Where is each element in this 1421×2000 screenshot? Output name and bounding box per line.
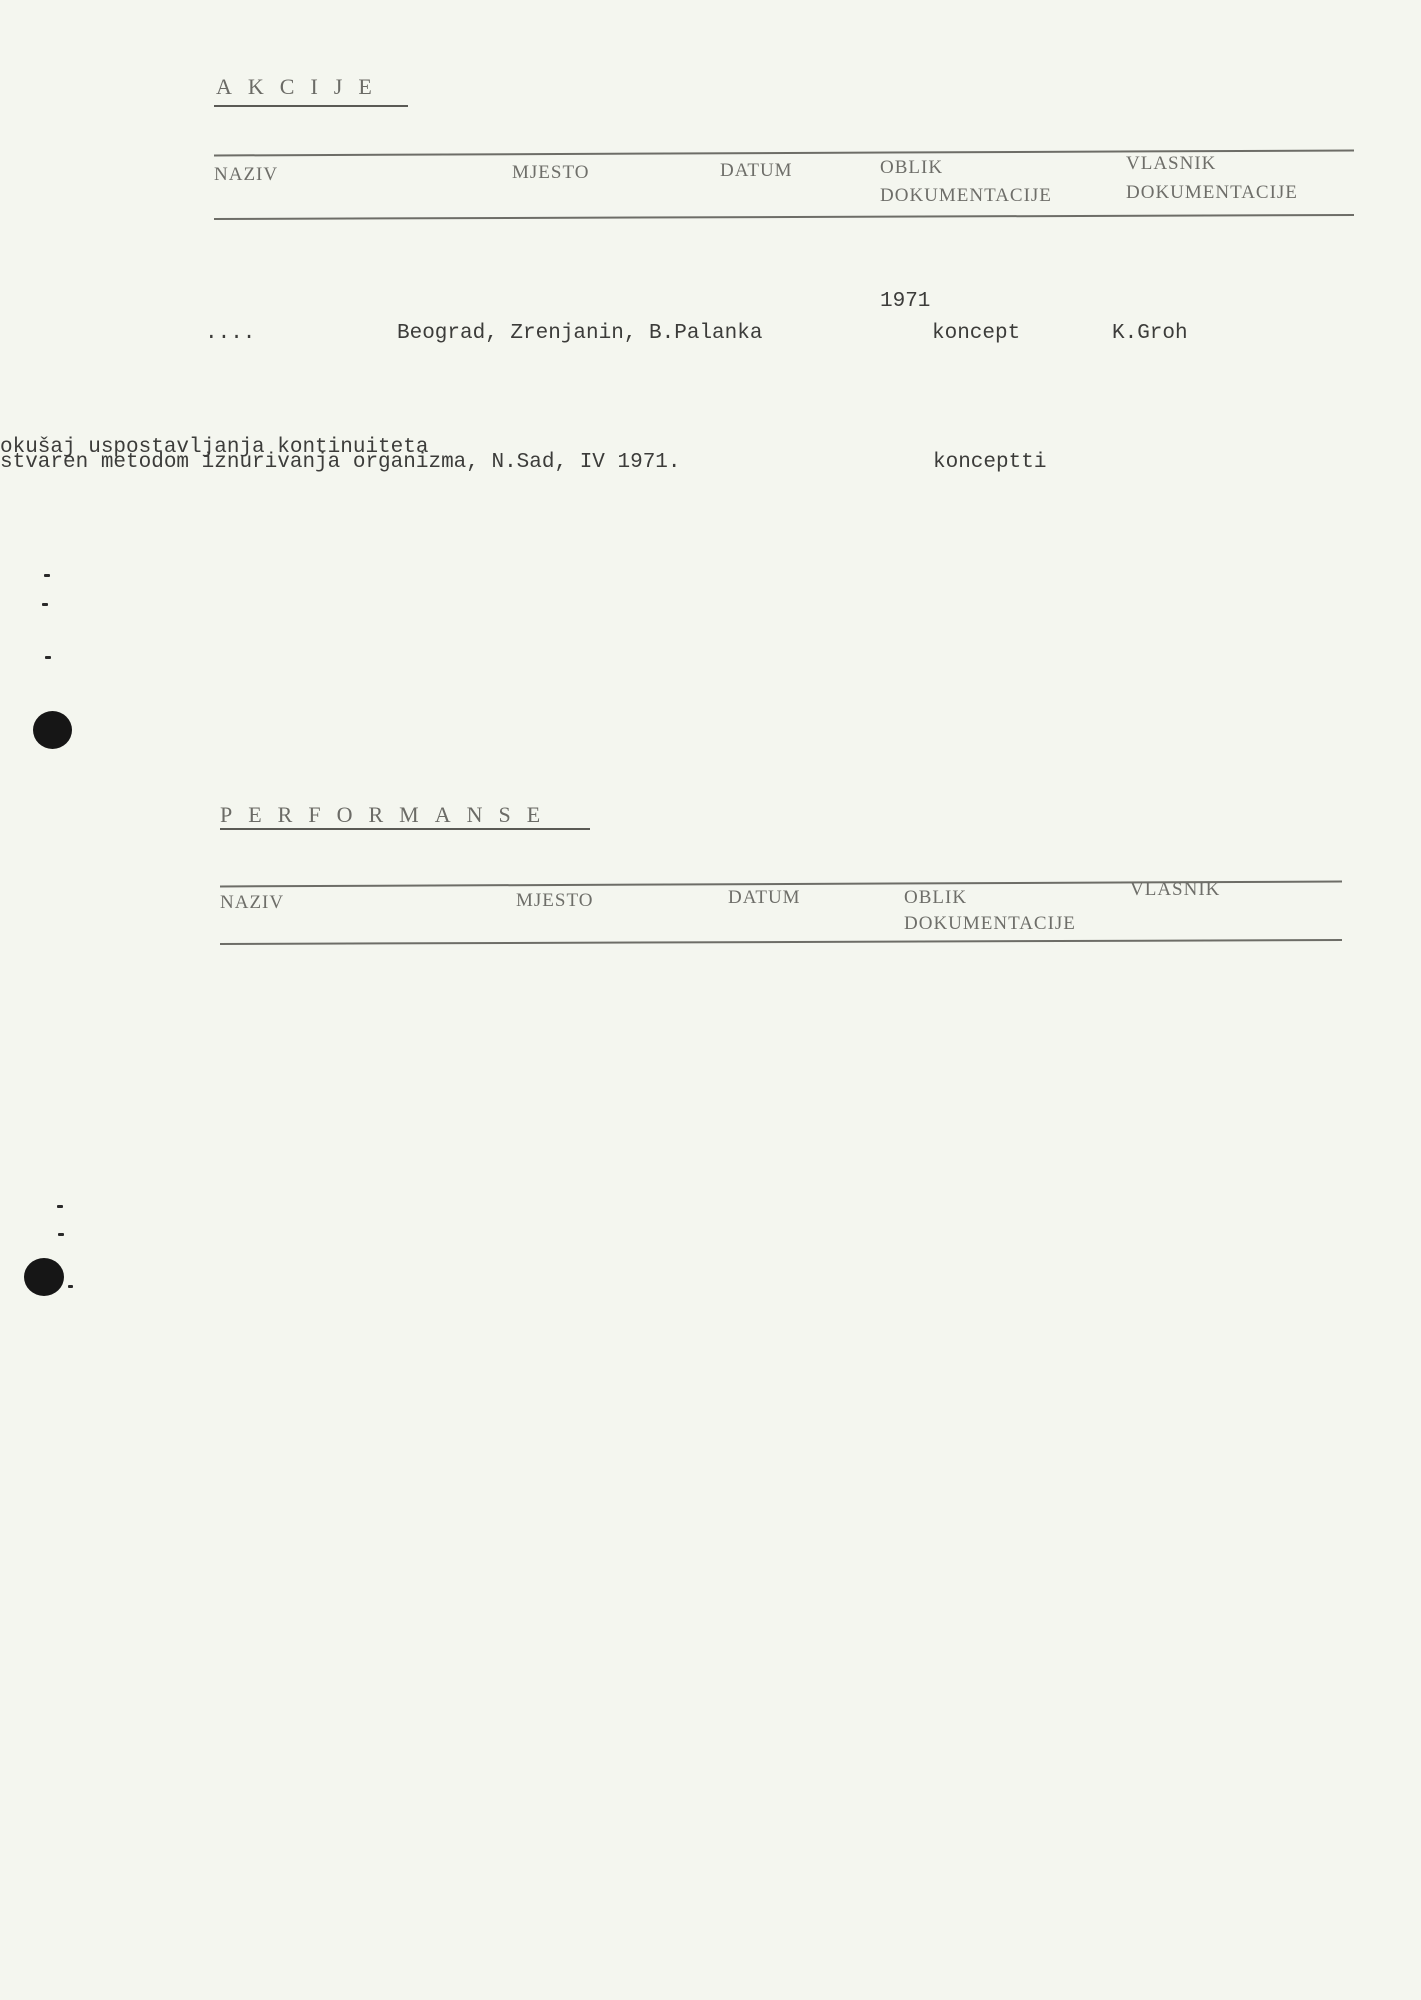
cell-oblik: koncept xyxy=(932,322,1020,345)
header-mjesto: MJESTO xyxy=(512,162,589,184)
title-underline xyxy=(214,105,408,107)
header-datum: DATUM xyxy=(720,160,793,182)
header-mjesto: MJESTO xyxy=(516,890,593,912)
header-vlasnik-line2: DOKUMENTACIJE xyxy=(1126,182,1298,204)
margin-mark xyxy=(44,574,50,577)
margin-mark xyxy=(58,1233,64,1236)
section-title-performanse: PERFORMANSE xyxy=(220,802,556,828)
punch-hole xyxy=(24,1258,64,1296)
margin-mark xyxy=(68,1285,73,1288)
cell-datum: 1971 xyxy=(880,290,930,313)
header-naziv: NAZIV xyxy=(214,164,278,186)
cell-vlasnik: K.Groh xyxy=(1112,322,1188,345)
cell-mjesto: Beograd, Zrenjanin, B.Palanka xyxy=(397,322,762,345)
table-header-bottom-rule xyxy=(214,214,1354,220)
header-oblik-line1: OBLIK xyxy=(880,157,943,179)
header-datum: DATUM xyxy=(728,887,801,909)
table-header-bottom-rule xyxy=(220,939,1342,945)
header-oblik-line2: DOKUMENTACIJE xyxy=(904,913,1076,935)
punch-hole xyxy=(33,711,72,749)
margin-mark xyxy=(42,603,48,606)
header-vlasnik-line1: VLASNIK xyxy=(1126,153,1216,175)
cell-naziv: .... xyxy=(205,322,255,345)
title-underline xyxy=(220,828,590,830)
header-naziv: NAZIV xyxy=(220,892,284,914)
cell-naziv-line2: stvaren metodom iznurivanja organizma, N… xyxy=(0,455,681,470)
margin-mark xyxy=(57,1205,63,1208)
header-oblik-line1: OBLIK xyxy=(904,887,967,909)
header-oblik-line2: DOKUMENTACIJE xyxy=(880,185,1052,207)
header-vlasnik-line1: VLASNIK xyxy=(1130,879,1220,901)
margin-mark xyxy=(45,656,51,659)
section-title-akcije: AKCIJE xyxy=(216,74,388,100)
cell-oblik: konceptti xyxy=(933,451,1046,474)
